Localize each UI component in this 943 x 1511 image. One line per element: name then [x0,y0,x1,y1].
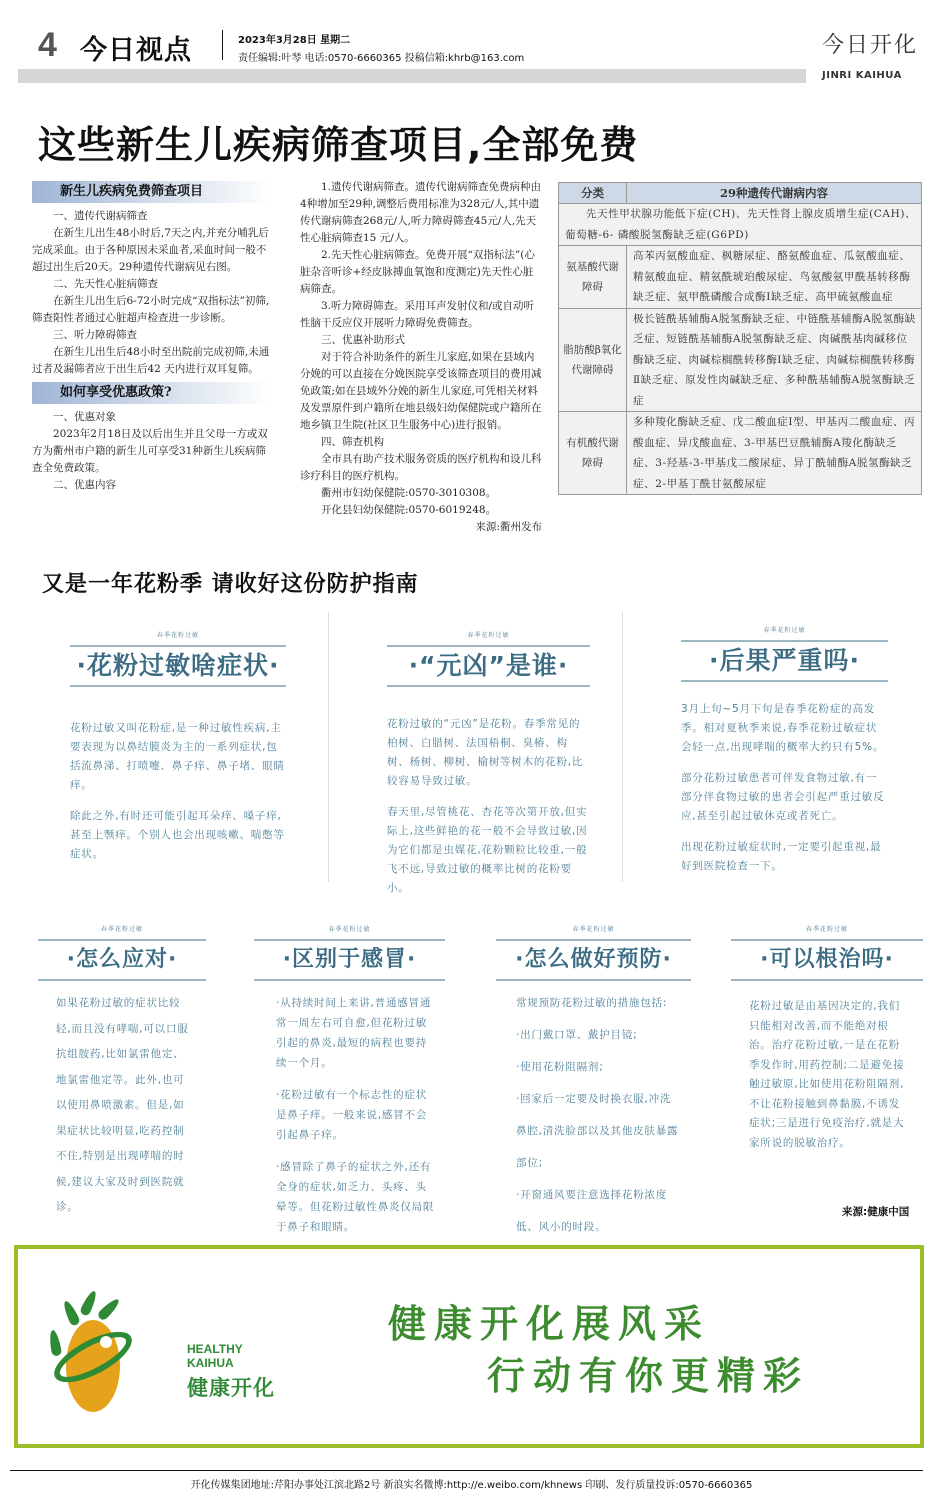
panel-separator [328,612,329,882]
panel-body: 花粉过敏是由基因决定的,我们只能相对改善,而不能绝对根治。治疗花粉过敏,一是在花… [731,997,923,1153]
panel-kicker: 春季花粉过敏 [70,630,286,639]
panel-kicker: 春季花粉过敏 [387,630,590,639]
paragraph: ·使用花粉阻隔剂; [516,1051,679,1083]
paragraph: 三、听力障碍筛查 [32,327,274,344]
paragraph: ·回家后一定要及时换衣服,冲洗鼻腔,清洗脸部以及其他皮肤暴露部位; [516,1083,679,1179]
panel-symptoms: 春季花粉过敏 ·花粉过敏啥症状· 花粉过敏又叫花粉症,是一种过敏性疾病,主要表现… [70,630,286,876]
paragraph: 全市具有助产技术服务资质的医疗机构和设儿科诊疗科目的医疗机构。 [300,451,542,485]
paragraph: ·花粉过敏有一个标志性的症状是鼻子痒。一般来说,感冒不会引起鼻子痒。 [276,1085,435,1145]
panel-title: ·怎么应对· [38,941,206,979]
panel-title: ·“元凶”是谁· [387,647,590,685]
paragraph: 在新生儿出生48小时后,7天之内,并充分哺乳后完成采血。由于各种原因未采血者,采… [32,225,274,276]
paragraph: 花粉过敏又叫花粉症,是一种过敏性疾病,主要表现为以鼻结膜炎为主的一系列症状,包括… [70,719,286,795]
table-row: 先天性甲状腺功能低下症(CH)、先天性肾上腺皮质增生症(CAH)、葡萄糖-6- … [559,204,922,246]
paragraph: ·感冒除了鼻子的症状之外,还有全身的症状,如乏力、头疼、头晕等。但花粉过敏性鼻炎… [276,1157,435,1237]
panel-cure: 春季花粉过敏 ·可以根治吗· 花粉过敏是由基因决定的,我们只能相对改善,而不能绝… [731,924,923,1165]
table-row: 脂肪酸β氧化代谢障碍 极长链酰基辅酶A脱氢酶缺乏症、中链酰基辅酶A脱氢酶缺乏症、… [559,308,922,412]
article-source: 来源:衢州发布 [300,519,542,536]
panel-title: ·区别于感冒· [254,941,445,979]
panel-kicker: 春季花粉过敏 [681,625,888,634]
slogan-line2: 行动有你更精彩 [487,1345,809,1400]
paragraph: ·开窗通风要注意选择花粉浓度低、风小的时段。 [516,1179,679,1243]
panel-body: 花粉过敏的“元凶”是花粉。春季常见的柏树、白腊树、法国梧桐、臭椿、构树、杨树、柳… [387,715,590,898]
newspaper-logo: 今日开化 [822,28,918,59]
divider [387,685,590,687]
brand-en-line2: KAIHUA [187,1356,243,1370]
paragraph: 3.听力障碍筛查。采用耳声发射仪和/或自动听性脑干反应仪开展听力障碍免费筛查。 [300,298,542,332]
panel-title: ·后果严重吗· [681,642,888,680]
table-header: 分类 [559,183,627,204]
slogan-line1: 健康开化展风采 [388,1293,710,1348]
panel-title: ·花粉过敏啥症状· [70,647,286,685]
table-header-row: 分类 29种遗传代谢病内容 [559,183,922,204]
metabolic-disease-table: 分类 29种遗传代谢病内容 先天性甲状腺功能低下症(CH)、先天性肾上腺皮质增生… [558,182,922,495]
issue-date: 2023年3月28日 星期二 [238,31,350,46]
footer-info: 开化传媒集团地址:芹阳办事处江滨北路2号 新浪实名微博:http://e.wei… [0,1476,943,1491]
paragraph: 花粉过敏的“元凶”是花粉。春季常见的柏树、白腊树、法国梧桐、臭椿、构树、杨树、柳… [387,715,590,791]
table-row: 氨基酸代谢障碍 高苯丙氨酸血症、枫糖尿症、酪氨酸血症、瓜氨酸血症、精氨酸血症、精… [559,246,922,309]
panel-kicker: 春季花粉过敏 [496,924,691,933]
left-column: 新生儿疾病免费筛查项目 一、遗传代谢病筛查 在新生儿出生48小时后,7天之内,并… [32,181,274,494]
panel-kicker: 春季花粉过敏 [731,924,923,933]
masthead-bar [18,69,806,83]
table-cell: 先天性甲状腺功能低下症(CH)、先天性肾上腺皮质增生症(CAH)、葡萄糖-6- … [559,204,922,246]
panel-severity: 春季花粉过敏 ·后果严重吗· 3月上旬~5月下旬是春季花粉症的高发季。相对夏秋季… [681,625,888,888]
middle-column: 1.遗传代谢病筛查。遗传代谢病筛查免费病种由4种增加至29种,调整后费用标准为3… [300,179,542,536]
divider [254,979,445,981]
panel-kicker: 春季花粉过敏 [254,924,445,933]
article-headline: 这些新生儿疾病筛查项目,全部免费 [38,114,638,169]
table-category: 氨基酸代谢障碍 [559,246,627,309]
editor-contact: 责任编辑:叶琴 电话:0570-6660365 投稿信箱:khrb@163.co… [238,49,524,64]
panel-kicker: 春季花粉过敏 [38,924,206,933]
newspaper-logo-en: JINRI KAIHUA [822,70,902,81]
paragraph: 衢州市妇幼保健院:0570-3010308。 [300,485,542,502]
paragraph: 3月上旬~5月下旬是春季花粉症的高发季。相对夏秋季来说,春季花粉过敏症状会轻一点… [681,700,888,757]
divider [681,680,888,682]
divider [731,979,923,981]
divider [496,979,691,981]
section-title: 今日视点 [80,28,192,67]
paragraph: 一、遗传代谢病筛查 [32,208,274,225]
paragraph: 如果花粉过敏的症状比较轻,而且没有哮喘,可以口服抗组胺药,比如氯雷他定、地氯雷他… [56,991,192,1221]
paragraph: 常规预防花粉过敏的措施包括: [516,987,679,1019]
panel-title: ·怎么做好预防· [496,941,691,979]
subheading-policy: 如何享受优惠政策? [32,382,274,404]
paragraph: 一、优惠对象 [32,409,274,426]
policy-text: 一、优惠对象 2023年2月18日及以后出生并且父母一方或双方为衢州市户籍的新生… [32,409,274,494]
panel-body: 常规预防花粉过敏的措施包括: ·出门戴口罩、戴护目镜; ·使用花粉阻隔剂; ·回… [496,987,691,1243]
panel-vs-cold: 春季花粉过敏 ·区别于感冒· ·从持续时间上来讲,普通感冒通常一周左右可自愈,但… [254,924,445,1249]
panel-title: ·可以根治吗· [731,941,923,979]
table-category: 脂肪酸β氧化代谢障碍 [559,308,627,412]
paragraph: 开化县妇幼保健院:0570-6019248。 [300,502,542,519]
brand-name-en: HEALTHY KAIHUA [187,1342,243,1370]
paragraph: 1.遗传代谢病筛查。遗传代谢病筛查免费病种由4种增加至29种,调整后费用标准为3… [300,179,542,247]
panel-body: 如果花粉过敏的症状比较轻,而且没有哮喘,可以口服抗组胺药,比如氯雷他定、地氯雷他… [38,991,206,1221]
brand-name-cn: 健康开化 [187,1372,275,1402]
paragraph: ·从持续时间上来讲,普通感冒通常一周左右可自愈,但花粉过敏引起的鼻炎,最短的病程… [276,993,435,1073]
paragraph: 二、优惠内容 [32,477,274,494]
panel-body: 3月上旬~5月下旬是春季花粉症的高发季。相对夏秋季来说,春季花粉过敏症状会轻一点… [681,700,888,876]
paragraph: 春天里,尽管桃花、杏花等次第开放,但实际上,这些鲜艳的花一般不会导致过敏,因为它… [387,803,590,898]
paragraph: 四、筛查机构 [300,434,542,451]
screening-items-text: 一、遗传代谢病筛查 在新生儿出生48小时后,7天之内,并充分哺乳后完成采血。由于… [32,208,274,378]
masthead-divider [222,30,223,60]
paragraph: 除此之外,有时还可能引起耳朵痒、嗓子痒,甚至上颚痒。个别人也会出现咳嗽、喘憋等症… [70,807,286,864]
subheading-free-screening: 新生儿疾病免费筛查项目 [32,181,274,203]
footer-divider [10,1470,923,1471]
table-header: 29种遗传代谢病内容 [627,183,922,204]
paragraph: 2023年2月18日及以后出生并且父母一方或双方为衢州市户籍的新生儿可享受31种… [32,426,274,477]
paragraph: 2.先天性心脏病筛查。免费开展“双指标法”(心脏杂音听诊+经皮脉搏血氧饱和度测定… [300,247,542,298]
paragraph: 对于符合补助条件的新生儿家庭,如果在县域内分娩的可以直接在分娩医院享受该筛查项目… [300,349,542,434]
table-cell: 多种羧化酶缺乏症、戊二酸血症Ⅰ型、甲基丙二酸血症、丙酸血症、异戊酸血症、3-甲基… [627,412,922,495]
paragraph: ·出门戴口罩、戴护目镜; [516,1019,679,1051]
table-cell: 高苯丙氨酸血症、枫糖尿症、酪氨酸血症、瓜氨酸血症、精氨酸血症、精氨酰琥珀酸尿症、… [627,246,922,309]
brand-en-line1: HEALTHY [187,1342,243,1356]
paragraph: 部分花粉过敏患者可伴发食物过敏,有一部分伴食物过敏的患者会引起严重过敏反应,甚至… [681,769,888,826]
paragraph: 二、先天性心脏病筛查 [32,276,274,293]
divider [38,979,206,981]
divider [70,685,286,687]
table-cell: 极长链酰基辅酶A脱氢酶缺乏症、中链酰基辅酶A脱氢酶缺乏症、短链酰基辅酶A脱氢酶缺… [627,308,922,412]
article2-source: 来源:健康中国 [842,1204,909,1219]
table-category: 有机酸代谢障碍 [559,412,627,495]
paragraph: 花粉过敏是由基因决定的,我们只能相对改善,而不能绝对根治。治疗花粉过敏,一是在花… [749,997,907,1153]
paragraph: 出现花粉过敏症状时,一定要引起重视,最好到医院检查一下。 [681,838,888,876]
paragraph: 三、优惠补助形式 [300,332,542,349]
table-row: 有机酸代谢障碍 多种羧化酶缺乏症、戊二酸血症Ⅰ型、甲基丙二酸血症、丙酸血症、异戊… [559,412,922,495]
page-number: 4 [38,26,57,65]
panel-separator [622,612,623,882]
paragraph: 在新生儿出生后6-72小时完成“双指标法”初筛,筛查阳性者通过心脏超声检查进一步… [32,293,274,327]
panel-treatment: 春季花粉过敏 ·怎么应对· 如果花粉过敏的症状比较轻,而且没有哮喘,可以口服抗组… [38,924,206,1225]
paragraph: 在新生儿出生后48小时至出院前完成初筛,未通过者及漏筛者应于出生后42 天内进行… [32,344,274,378]
figure-head-icon [100,1336,112,1348]
panel-body: ·从持续时间上来讲,普通感冒通常一周左右可自愈,但花粉过敏引起的鼻炎,最短的病程… [254,993,445,1237]
article2-headline: 又是一年花粉季 请收好这份防护指南 [42,567,419,598]
panel-body: 花粉过敏又叫花粉症,是一种过敏性疾病,主要表现为以鼻结膜炎为主的一系列症状,包括… [70,719,286,864]
panel-culprit: 春季花粉过敏 ·“元凶”是谁· 花粉过敏的“元凶”是花粉。春季常见的柏树、白腊树… [387,630,590,910]
panel-prevention: 春季花粉过敏 ·怎么做好预防· 常规预防花粉过敏的措施包括: ·出门戴口罩、戴护… [496,924,691,1243]
